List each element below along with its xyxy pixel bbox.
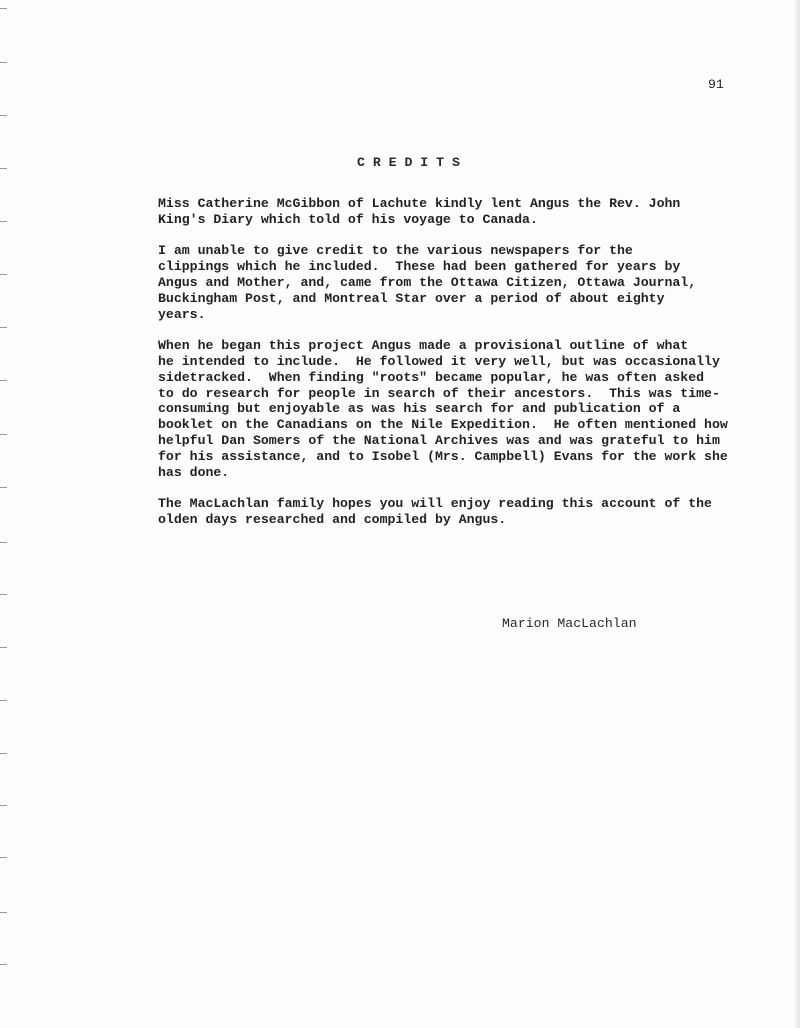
margin-tick-mark [0,964,7,965]
margin-tick-mark [0,647,7,648]
page-edge-shadow [795,0,800,1028]
margin-tick-mark [0,434,7,435]
margin-tick-mark [0,221,7,222]
margin-tick-mark [0,327,7,328]
margin-tick-mark [0,274,7,275]
margin-tick-mark [0,700,7,701]
margin-tick-mark [0,62,7,63]
paragraph-newspapers: I am unable to give credit to the variou… [158,243,768,322]
margin-tick-mark [0,380,7,381]
margin-tick-mark [0,168,7,169]
margin-tick-mark [0,8,7,9]
page-number: 91 [708,76,724,94]
margin-tick-mark [0,115,7,116]
paragraph-closing: The MacLachlan family hopes you will enj… [158,496,768,528]
margin-tick-mark [0,542,7,543]
margin-tick-mark [0,487,7,488]
binding-margin-marks [0,0,10,1028]
margin-tick-mark [0,753,7,754]
margin-tick-mark [0,912,7,913]
paragraph-project-history: When he began this project Angus made a … [158,338,768,480]
signature: Marion MacLachlan [502,616,637,632]
paragraph-acknowledgement-diary: Miss Catherine McGibbon of Lachute kindl… [158,196,768,228]
margin-tick-mark [0,594,7,595]
margin-tick-mark [0,805,7,806]
body-text: Miss Catherine McGibbon of Lachute kindl… [158,196,768,544]
margin-tick-mark [0,857,7,858]
page-title: C R E D I T S [357,154,460,172]
